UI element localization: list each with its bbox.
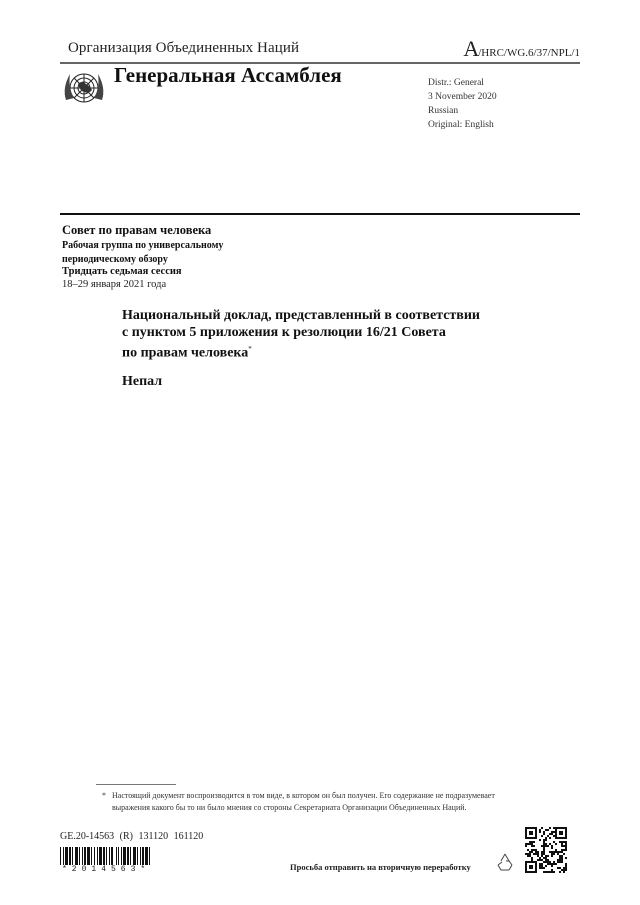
working-group-line1: Рабочая группа по универсальному [62,239,223,253]
document-title: Национальный доклад, представленный в со… [122,307,542,362]
country-name: Непал [122,374,162,390]
barcode-icon [60,847,152,865]
recycle-icon [494,851,516,873]
session-name: Тридцать седьмая сессия [62,266,182,277]
session-dates: 18–29 января 2021 года [62,279,166,290]
qr-code-icon [524,826,568,874]
section-rule [60,213,580,215]
document-symbol: A/HRC/WG.6/37/NPL/1 [463,36,580,62]
recycle-text: Просьба отправить на вторичную переработ… [290,862,471,872]
working-group-line2: периодическому обзору [62,253,223,267]
organization-name: Организация Объединенных Наций [68,40,299,57]
assembly-title: Генеральная Ассамблея [114,63,342,88]
distr-date: 3 November 2020 [428,90,497,104]
un-emblem-icon [60,66,108,112]
council-name: Совет по правам человека [62,223,211,238]
title-line3: по правам человека [122,346,248,361]
barcode-number: *2014563* [62,865,150,874]
symbol-rest: /HRC/WG.6/37/NPL/1 [478,47,580,59]
footnote-rule [96,784,176,785]
title-line1: Национальный доклад, представленный в со… [122,307,542,324]
footnote-mark: * [102,790,106,802]
distr-status: Distr.: General [428,76,497,90]
distribution-info: Distr.: General 3 November 2020 Russian … [428,76,497,132]
title-footnote-mark: * [248,345,252,353]
job-number: GE.20-14563 (R) 131120 161120 [60,831,203,842]
symbol-prefix: A [463,36,478,61]
distr-original: Original: English [428,118,497,132]
footnote-text: Настоящий документ воспроизводится в том… [112,791,495,812]
distr-language: Russian [428,104,497,118]
title-line2: с пунктом 5 приложения к резолюции 16/21… [122,324,542,341]
footnote: * Настоящий документ воспроизводится в т… [112,790,532,813]
working-group: Рабочая группа по универсальному периоди… [62,239,223,266]
